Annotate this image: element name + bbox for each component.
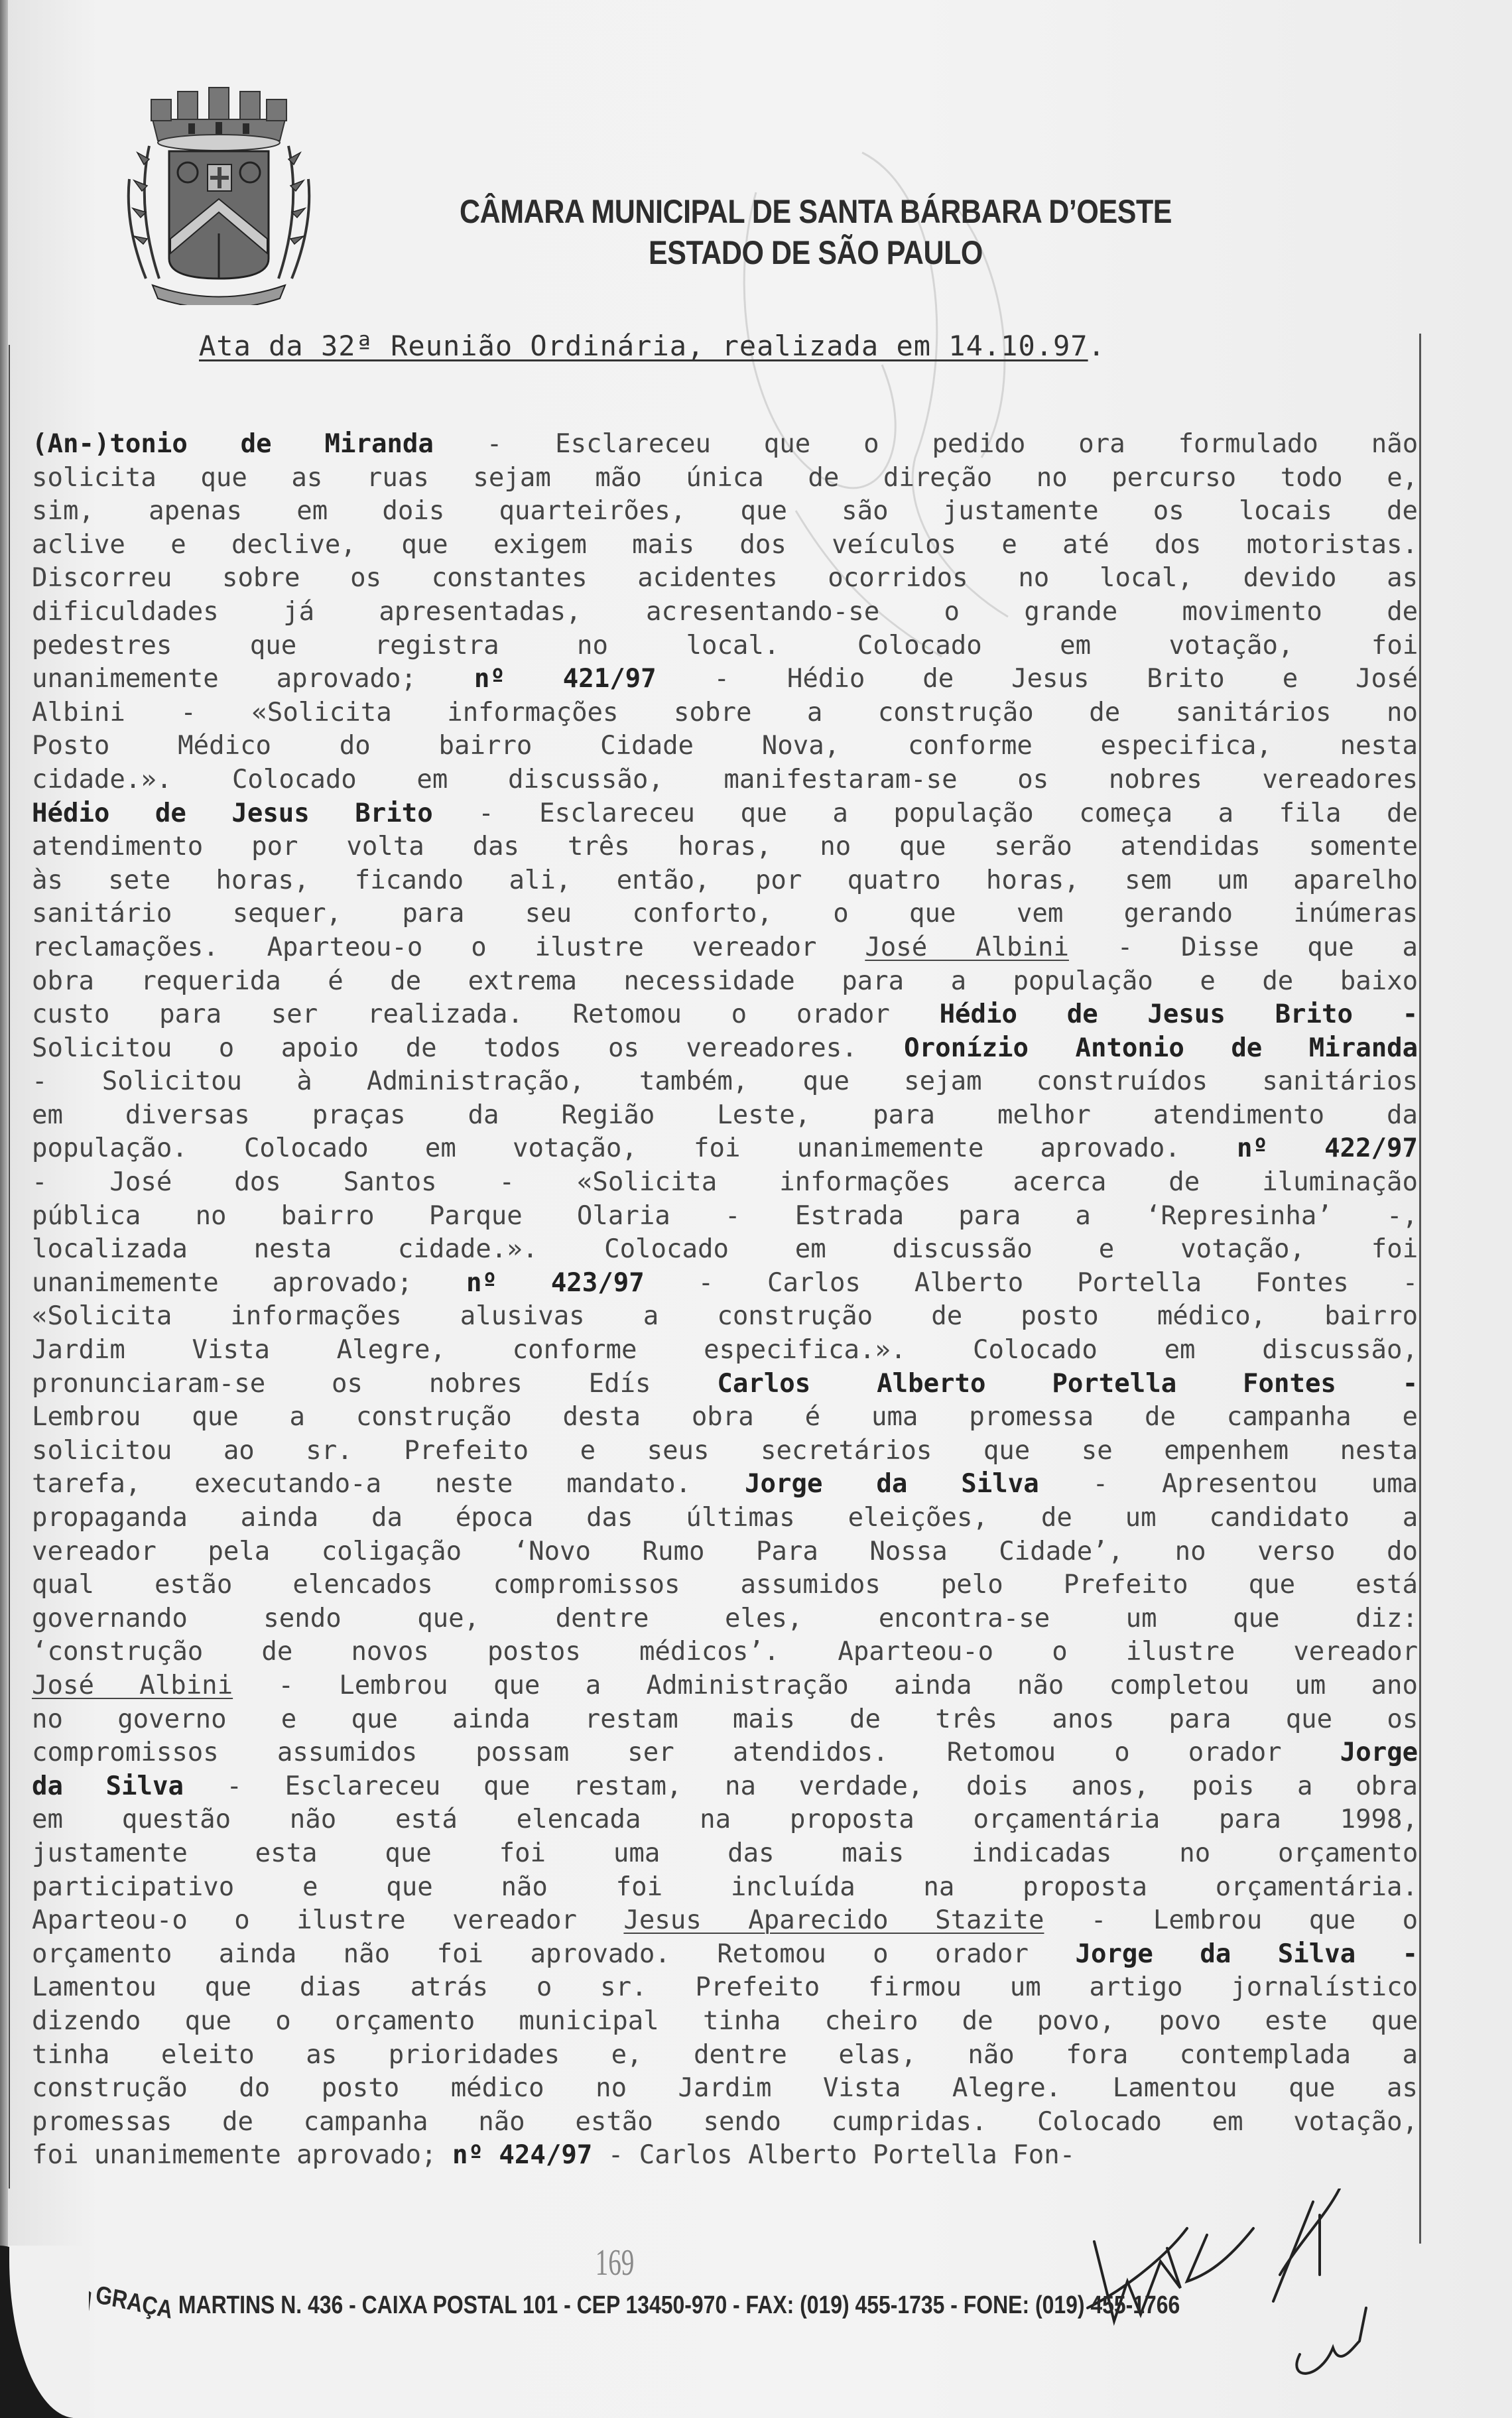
text-segment: - Hédio de Jesus Brito e José [657,664,1418,694]
coat-of-arms-icon [106,80,332,305]
text-line: Posto Médico do bairro Cidade Nova, conf… [32,730,1418,763]
text-segment: Aparteou-o o ilustre vereador [32,1905,623,1935]
footer-address: RUA GRAÇA MARTINS N. 436 - CAIXA POSTAL … [43,2291,1269,2320]
text-line: atendimento por volta das três horas, no… [32,830,1418,864]
text-segment: compromissos assumidos possam ser atendi… [32,1738,1340,1767]
text-line: Lamentou que dias atrás o sr. Prefeito f… [32,1971,1418,2005]
text-line: Aparteou-o o ilustre vereador Jesus Apar… [32,1904,1418,1938]
text-line: custo para ser realizada. Retomou o orad… [32,998,1418,1032]
text-line: pronunciaram-se os nobres Edís Carlos Al… [32,1368,1418,1401]
text-line: participativo e que não foi incluída na … [32,1871,1418,1905]
text-line: Lembrou que a construção desta obra é um… [32,1401,1418,1434]
text-segment: orçamento ainda não foi aprovado. Retomo… [32,1939,1075,1969]
document-title: Ata da 32ª Reunião Ordinária, realizada … [199,330,1105,362]
text-line: pedestres que registra no local. Colocad… [32,629,1418,663]
bold-text: Jorge [1340,1738,1418,1767]
text-segment: - Apresentou uma [1039,1469,1418,1499]
text-line: (An-)tonio de Miranda - Esclareceu que o… [32,428,1418,462]
text-segment: propaganda ainda da época das últimas el… [32,1503,1418,1533]
text-line: localizada nesta cidade.». Colocado em d… [32,1233,1418,1267]
text-line: Solicitou o apoio de todos os vereadores… [32,1032,1418,1066]
text-line: dizendo que o orçamento municipal tinha … [32,2005,1418,2039]
text-segment: - Carlos Alberto Portella Fon- [592,2140,1075,2170]
text-line: população. Colocado em votação, foi unan… [32,1132,1418,1166]
bold-text: Carlos Alberto Portella Fontes - [717,1369,1418,1399]
text-segment: - Lembrou que a Administração ainda não … [233,1671,1418,1700]
underlined-name: José Albini [865,932,1069,962]
text-line: Albini - «Solicita informações sobre a c… [32,696,1418,730]
text-segment: localizada nesta cidade.». Colocado em d… [32,1234,1418,1264]
text-segment: - Esclareceu que restam, na verdade, doi… [184,1771,1418,1801]
text-segment: população. Colocado em votação, foi unan… [32,1133,1237,1163]
text-segment: unanimemente aprovado; [32,664,474,694]
text-segment: solicitou ao sr. Prefeito e seus secretá… [32,1436,1418,1466]
page-left-edge [0,0,8,2418]
text-line: cidade.». Colocado em discussão, manifes… [32,763,1418,797]
text-segment: - Solicitou à Administração, também, que… [32,1066,1418,1096]
bold-text: Hédio de Jesus Brito [32,798,433,828]
text-line: Discorreu sobre os constantes acidentes … [32,562,1418,596]
text-line: foi unanimemente aprovado; nº 424/97 - C… [32,2139,1418,2173]
text-segment: pronunciaram-se os nobres Edís [32,1369,717,1399]
text-line: reclamações. Aparteou-o o ilustre veread… [32,931,1418,965]
text-line: compromissos assumidos possam ser atendi… [32,1736,1418,1770]
text-line: unanimemente aprovado; nº 423/97 - Carlo… [32,1267,1418,1301]
text-segment: qual estão elencados compromissos assumi… [32,1570,1418,1600]
text-line: governando sendo que, dentre eles, encon… [32,1602,1418,1636]
text-segment: às sete horas, ficando ali, então, por q… [32,865,1418,895]
text-segment: - José dos Santos - «Solicita informaçõe… [32,1167,1418,1197]
institution-name: CÂMARA MUNICIPAL DE SANTA BÁRBARA D’OEST… [434,191,1198,232]
text-line: Hédio de Jesus Brito - Esclareceu que a … [32,797,1418,831]
text-segment: Lamentou que dias atrás o sr. Prefeito f… [32,1972,1418,2002]
text-segment: unanimemente aprovado; [32,1268,466,1298]
text-segment: Discorreu sobre os constantes acidentes … [32,563,1418,593]
text-segment: - Lembrou que o [1044,1905,1418,1935]
text-segment: - Esclareceu que a população começa a fi… [433,798,1418,828]
underlined-name: José Albini [32,1671,233,1700]
text-line: solicitou ao sr. Prefeito e seus secretá… [32,1434,1418,1468]
text-line: tinha eleito as prioridades e, dentre el… [32,2039,1418,2072]
text-segment: aclive e declive, que exigem mais dos ve… [32,530,1418,560]
frame-left-line [9,345,10,2189]
text-line: em diversas praças da Região Leste, para… [32,1099,1418,1133]
text-segment: sanitário sequer, para seu conforto, o q… [32,899,1418,928]
text-segment: custo para ser realizada. Retomou o orad… [32,999,940,1029]
text-segment: foi unanimemente aprovado; [32,2140,452,2170]
text-line: justamente esta que foi uma das mais ind… [32,1837,1418,1871]
text-segment: reclamações. Aparteou-o o ilustre veread… [32,932,865,962]
text-segment: participativo e que não foi incluída na … [32,1872,1418,1902]
text-segment: cidade.». Colocado em discussão, manifes… [32,765,1418,795]
text-line: unanimemente aprovado; nº 421/97 - Hédio… [32,663,1418,696]
text-segment: em questão não está elencada na proposta… [32,1805,1418,1834]
text-segment: Solicitou o apoio de todos os vereadores… [32,1033,904,1063]
text-segment: sim, apenas em dois quarteirões, que são… [32,496,1418,526]
text-segment: - Disse que a [1069,932,1418,962]
text-segment: dizendo que o orçamento municipal tinha … [32,2006,1418,2036]
text-line: «Solicita informações alusivas a constru… [32,1300,1418,1334]
bold-text: Jorge da Silva - [1075,1939,1418,1969]
text-line: orçamento ainda não foi aprovado. Retomo… [32,1938,1418,1972]
text-segment: Jardim Vista Alegre, conforme especifica… [32,1335,1418,1365]
text-segment: Posto Médico do bairro Cidade Nova, conf… [32,731,1418,761]
state-name: ESTADO DE SÃO PAULO [434,232,1198,273]
bold-text: Hédio de Jesus Brito - [940,999,1418,1029]
bold-text: (An-)tonio de Miranda [32,429,434,459]
text-segment: Albini - «Solicita informações sobre a c… [32,698,1418,728]
text-line: obra requerida é de extrema necessidade … [32,965,1418,999]
text-segment: vereador pela coligação ‘Novo Rumo Para … [32,1537,1418,1566]
bold-text: Jorge da Silva [745,1469,1039,1499]
text-segment: «Solicita informações alusivas a constru… [32,1301,1418,1331]
text-line: promessas de campanha não estão sendo cu… [32,2106,1418,2139]
text-segment: ‘construção de novos postos médicos’. Ap… [32,1637,1418,1667]
text-segment: no governo e que ainda restam mais de tr… [32,1704,1418,1734]
underlined-name: Jesus Aparecido Stazite [623,1905,1044,1935]
text-segment: justamente esta que foi uma das mais ind… [32,1838,1418,1868]
text-segment: Lembrou que a construção desta obra é um… [32,1402,1418,1432]
bold-text: da Silva [32,1771,184,1801]
text-line: ‘construção de novos postos médicos’. Ap… [32,1635,1418,1669]
text-segment: tinha eleito as prioridades e, dentre el… [32,2040,1418,2070]
handwritten-page-number: 169 [596,2242,635,2284]
letterhead: CÂMARA MUNICIPAL DE SANTA BÁRBARA D’OEST… [434,191,1198,273]
text-line: sanitário sequer, para seu conforto, o q… [32,897,1418,931]
text-line: Jardim Vista Alegre, conforme especifica… [32,1334,1418,1368]
bold-text: nº 422/97 [1237,1133,1418,1163]
document-title-text: Ata da 32ª Reunião Ordinária, realizada … [199,330,1088,362]
text-line: solicita que as ruas sejam mão única de … [32,462,1418,495]
bold-text: Oronízio Antonio de Miranda [904,1033,1418,1063]
text-segment: atendimento por volta das três horas, no… [32,832,1418,861]
text-line: às sete horas, ficando ali, então, por q… [32,864,1418,898]
text-line: aclive e declive, que exigem mais dos ve… [32,529,1418,562]
bold-text: nº 423/97 [466,1268,645,1298]
signatures-icon [1074,2189,1472,2387]
text-line: construção do posto médico no Jardim Vis… [32,2072,1418,2106]
text-segment: obra requerida é de extrema necessidade … [32,966,1418,996]
text-segment: promessas de campanha não estão sendo cu… [32,2107,1418,2137]
text-segment: - Esclareceu que o pedido ora formulado … [434,429,1418,459]
text-line: pública no bairro Parque Olaria - Estrad… [32,1200,1418,1234]
minutes-body: (An-)tonio de Miranda - Esclareceu que o… [32,428,1418,2173]
text-line: vereador pela coligação ‘Novo Rumo Para … [32,1535,1418,1569]
text-segment: tarefa, executando-a neste mandato. [32,1469,745,1499]
text-line: - Solicitou à Administração, também, que… [32,1065,1418,1099]
text-segment: governando sendo que, dentre eles, encon… [32,1604,1418,1633]
text-line: sim, apenas em dois quarteirões, que são… [32,495,1418,529]
text-line: propaganda ainda da época das últimas el… [32,1501,1418,1535]
text-segment: pedestres que registra no local. Colocad… [32,631,1418,661]
bold-text: nº 421/97 [474,664,657,694]
text-line: no governo e que ainda restam mais de tr… [32,1703,1418,1737]
text-line: José Albini - Lembrou que a Administraçã… [32,1669,1418,1703]
frame-right-line [1419,334,1421,2244]
text-line: da Silva - Esclareceu que restam, na ver… [32,1770,1418,1804]
text-segment: em diversas praças da Região Leste, para… [32,1100,1418,1130]
text-line: qual estão elencados compromissos assumi… [32,1568,1418,1602]
bold-text: nº 424/97 [452,2140,592,2170]
text-line: dificuldades já apresentadas, acresentan… [32,596,1418,629]
text-segment: solicita que as ruas sejam mão única de … [32,463,1418,493]
text-segment: - Carlos Alberto Portella Fontes - [645,1268,1418,1298]
text-segment: construção do posto médico no Jardim Vis… [32,2073,1418,2103]
page-corner-shadow [0,2246,73,2418]
text-line: tarefa, executando-a neste mandato. Jorg… [32,1468,1418,1501]
text-segment: dificuldades já apresentadas, acresentan… [32,597,1418,627]
text-line: em questão não está elencada na proposta… [32,1803,1418,1837]
text-segment: pública no bairro Parque Olaria - Estrad… [32,1201,1418,1231]
text-line: - José dos Santos - «Solicita informaçõe… [32,1166,1418,1200]
